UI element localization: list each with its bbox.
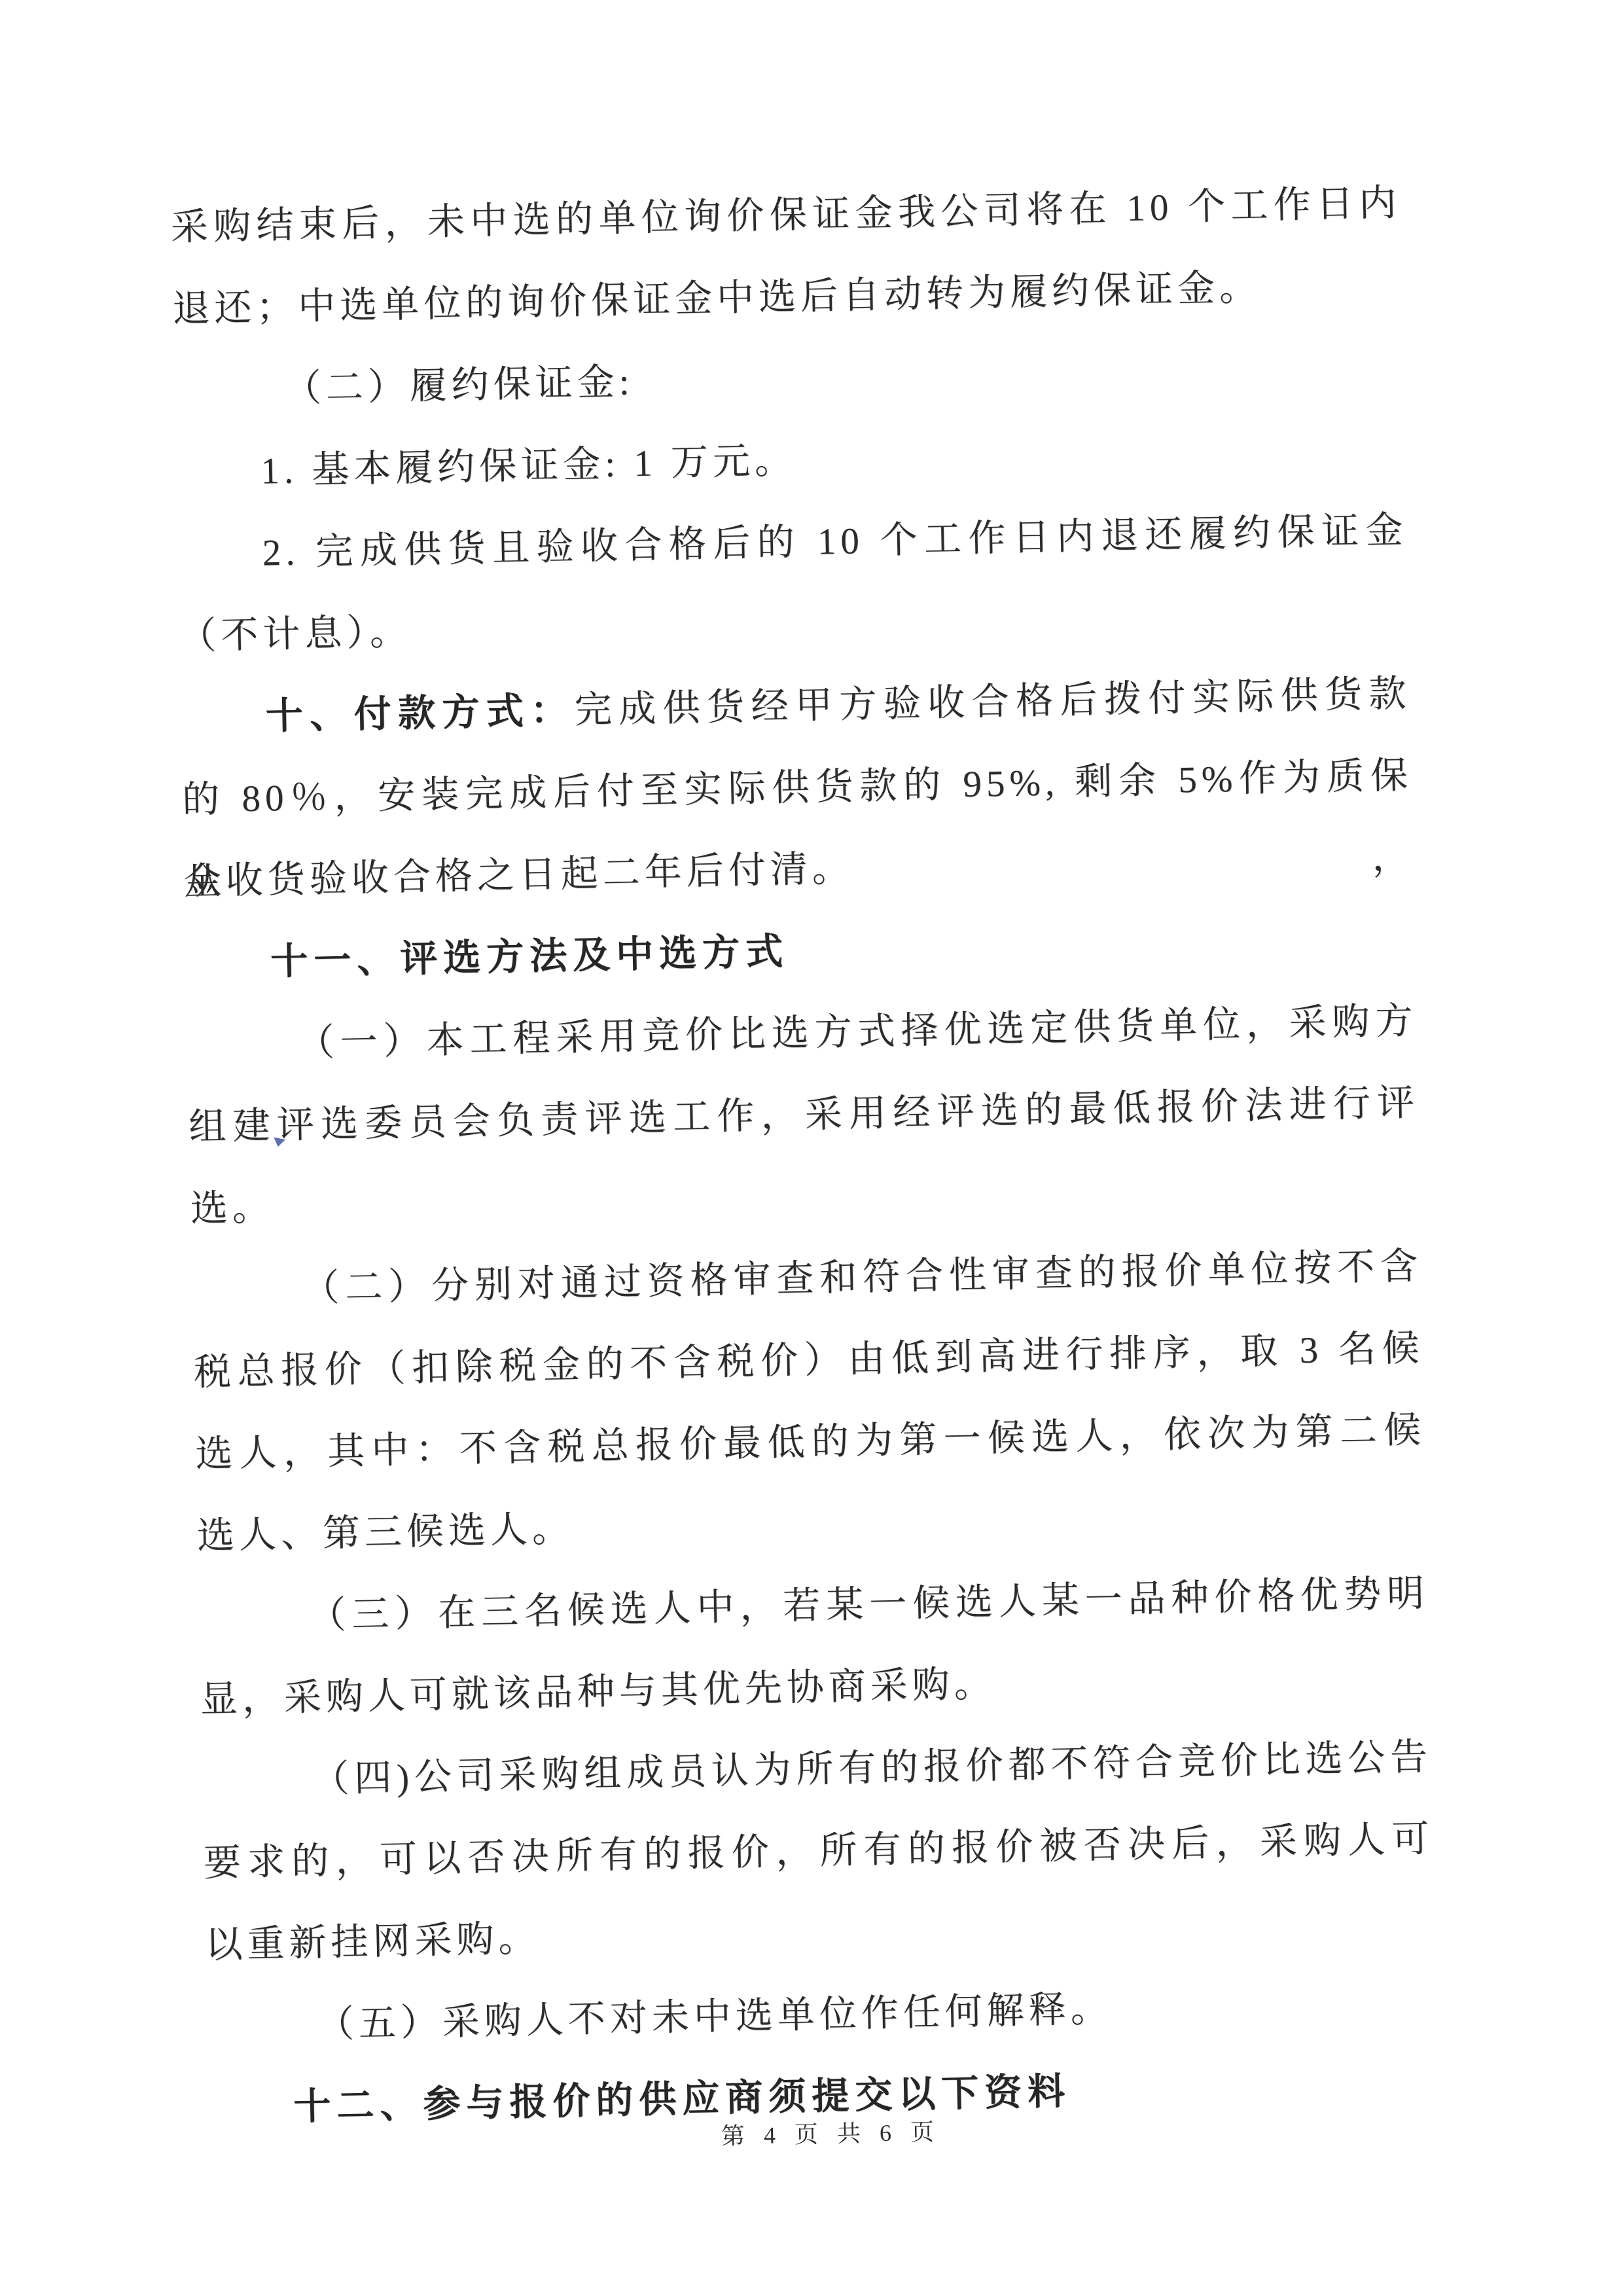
document-page: 采购结束后，未中选的单位询价保证金我公司将在 10 个工作日内 退还；中选单位的… (0, 0, 1623, 2296)
payment-terms-label: 十、付款方式： (265, 689, 575, 737)
scanned-page-tilt: 采购结束后，未中选的单位询价保证金我公司将在 10 个工作日内 退还；中选单位的… (0, 0, 1623, 2296)
document-body: 采购结束后，未中选的单位询价保证金我公司将在 10 个工作日内 退还；中选单位的… (170, 162, 1440, 2150)
payment-terms-text: 完成供货经甲方验收合格后拨付实际供货款 (574, 673, 1411, 731)
